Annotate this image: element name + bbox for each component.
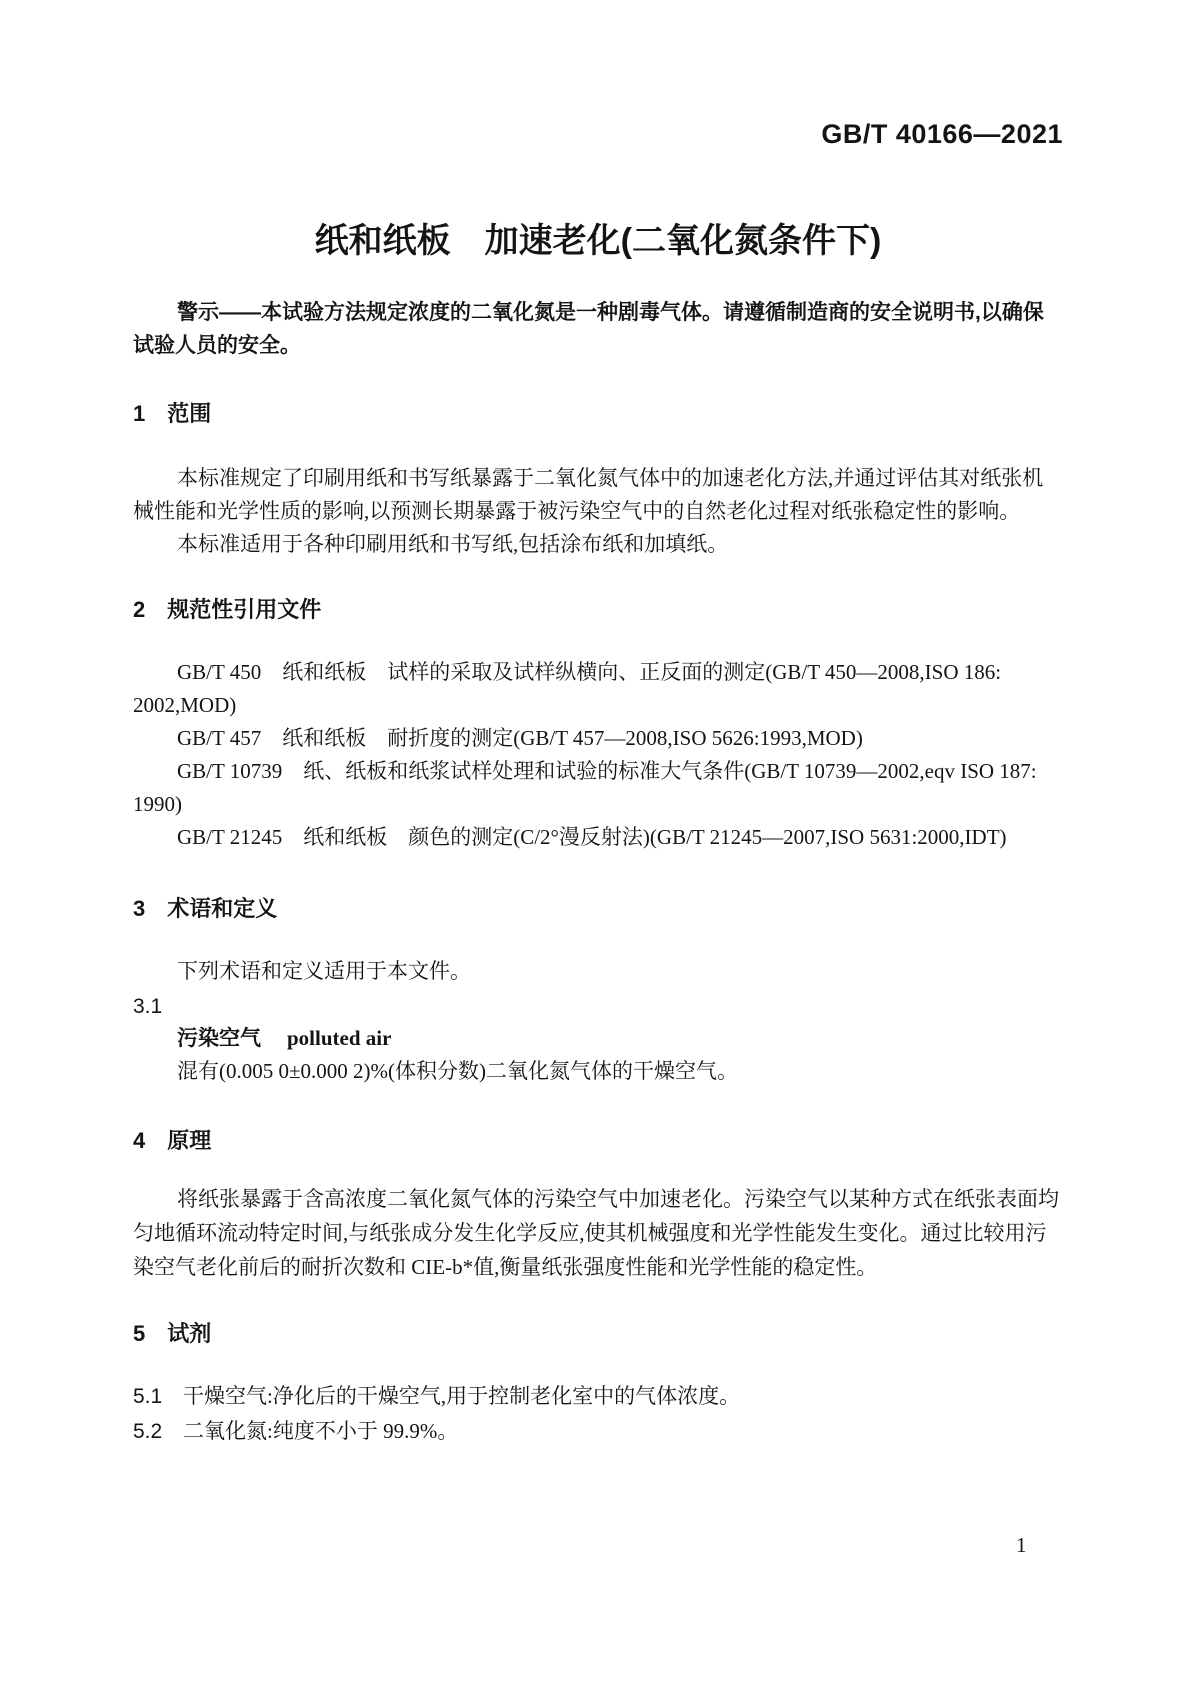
term-english: polluted air [287,1026,391,1050]
document-page: GB/T 40166—2021 纸和纸板 加速老化(二氧化氮条件下) 警示——本… [0,0,1191,1684]
section-1-heading: 1 范围 [133,397,1063,430]
term-definition: 混有(0.005 0±0.000 2)%(体积分数)二氧化氮气体的干燥空气。 [133,1055,1063,1088]
section-5-heading: 5 试剂 [133,1317,1063,1350]
clause-5-1: 5.1干燥空气:净化后的干燥空气,用于控制老化室中的气体浓度。 [133,1380,1063,1413]
term-entry: 污染空气polluted air [133,1022,1107,1055]
clause-3-1-number: 3.1 [133,990,1063,1023]
warning-statement: 警示——本试验方法规定浓度的二氧化氮是一种剧毒气体。请遵循制造商的安全说明书,以… [133,296,1063,362]
reference-gbt-450: GB/T 450 纸和纸板 试样的采取及试样纵横向、正反面的测定(GB/T 45… [133,656,1063,722]
clause-5-2-number: 5.2 [133,1415,183,1448]
principle-paragraph: 将纸张暴露于含高浓度二氧化氮气体的污染空气中加速老化。污染空气以某种方式在纸张表… [133,1182,1063,1284]
reference-gbt-457: GB/T 457 纸和纸板 耐折度的测定(GB/T 457—2008,ISO 5… [133,722,1063,755]
page-number: 1 [1016,1529,1027,1562]
reference-gbt-21245: GB/T 21245 纸和纸板 颜色的测定(C/2°漫反射法)(GB/T 212… [133,821,1063,854]
scope-paragraph-2: 本标准适用于各种印刷用纸和书写纸,包括涂布纸和加填纸。 [133,528,1063,561]
reference-gbt-10739: GB/T 10739 纸、纸板和纸浆试样处理和试验的标准大气条件(GB/T 10… [133,755,1063,821]
standard-code: GB/T 40166—2021 [133,118,1063,150]
clause-5-1-text: 干燥空气:净化后的干燥空气,用于控制老化室中的气体浓度。 [183,1384,740,1408]
section-4-heading: 4 原理 [133,1124,1063,1157]
clause-5-2: 5.2二氧化氮:纯度不小于 99.9%。 [133,1415,1063,1448]
clause-5-2-text: 二氧化氮:纯度不小于 99.9%。 [183,1419,458,1443]
section-2-heading: 2 规范性引用文件 [133,593,1063,626]
clause-5-1-number: 5.1 [133,1380,183,1413]
term-chinese: 污染空气 [177,1027,261,1050]
terms-intro: 下列术语和定义适用于本文件。 [133,955,1063,988]
scope-paragraph-1: 本标准规定了印刷用纸和书写纸暴露于二氧化氮气体中的加速老化方法,并通过评估其对纸… [133,462,1063,528]
document-title: 纸和纸板 加速老化(二氧化氮条件下) [133,220,1063,262]
section-3-heading: 3 术语和定义 [133,892,1063,925]
